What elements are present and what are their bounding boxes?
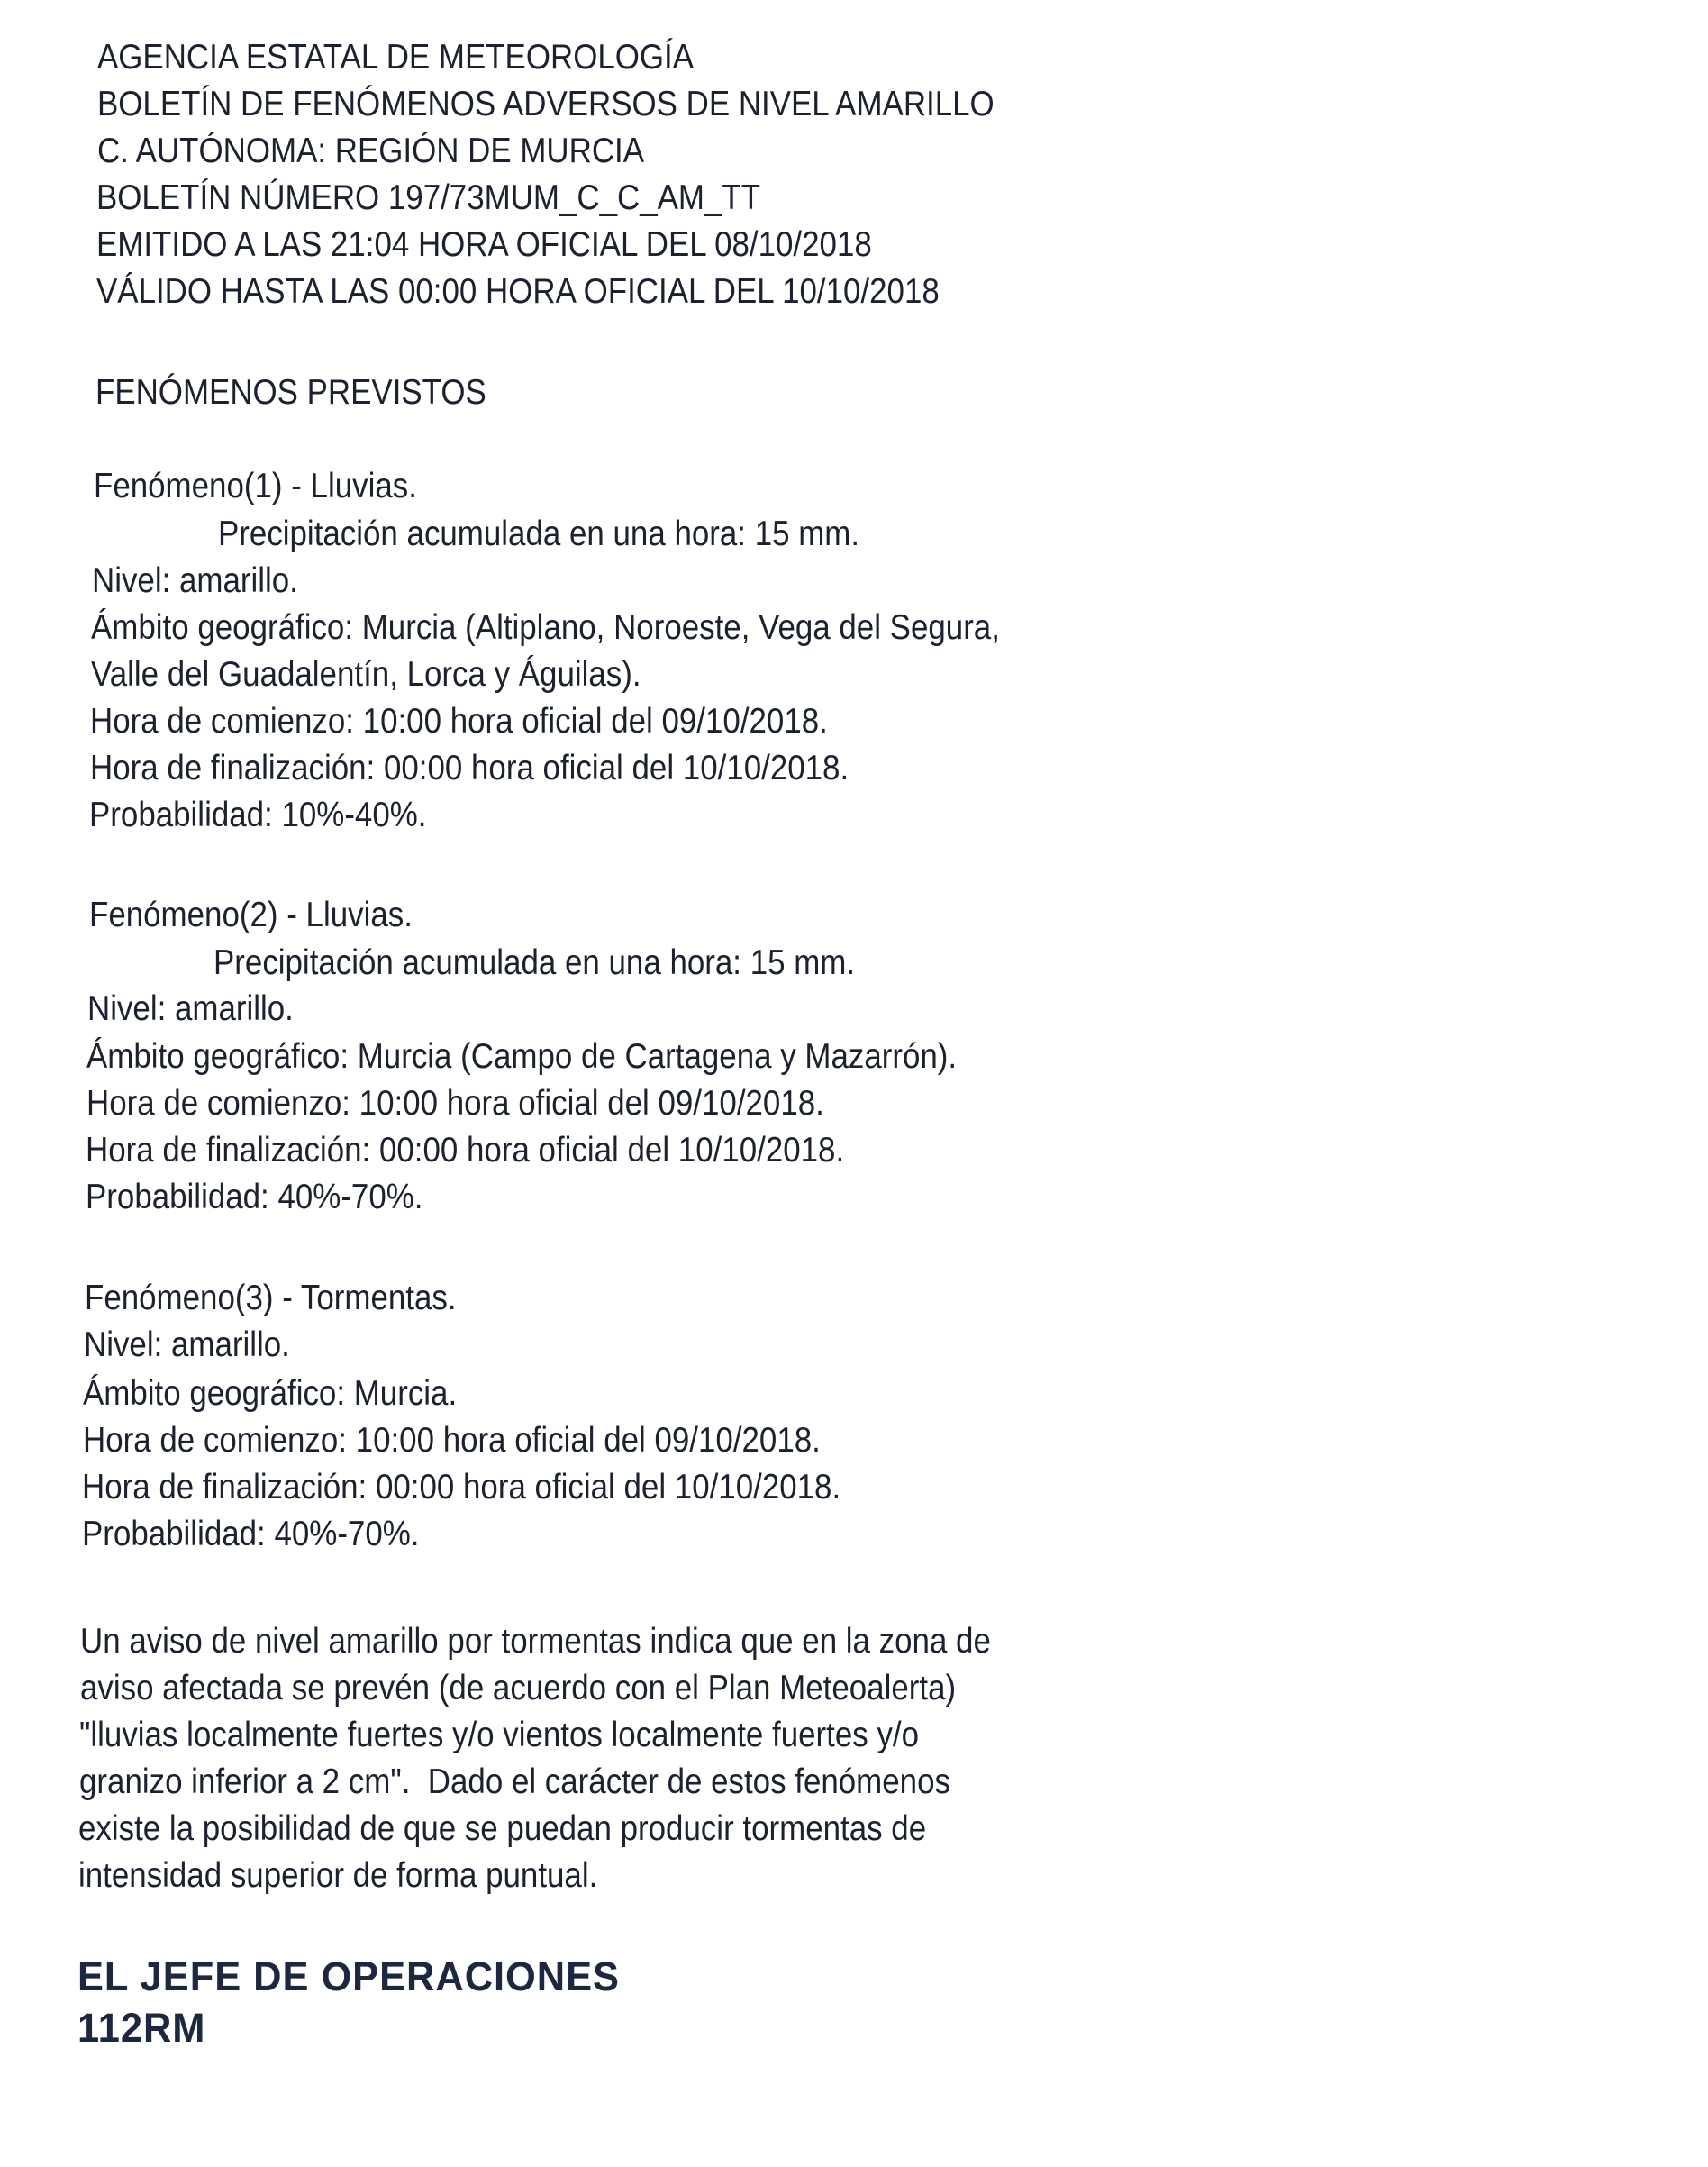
phenomenon-title: Fenómeno(2) - Lluvias. [89,897,413,933]
signature-unit: 112RM [77,2008,205,2048]
bulletin-page: AGENCIA ESTATAL DE METEOROLOGÍA BOLETÍN … [0,0,1708,2167]
note-line: existe la posibilidad de que se puedan p… [78,1811,926,1846]
phenomenon-level: Nivel: amarillo. [92,563,298,598]
phenomenon-start: Hora de comienzo: 10:00 hora oficial del… [86,1086,824,1121]
note-line: "lluvias localmente fuertes y/o vientos … [79,1717,919,1753]
phenomenon-start: Hora de comienzo: 10:00 hora oficial del… [83,1423,821,1458]
bulletin-number: BOLETÍN NÚMERO 197/73MUM_C_C_AM_TT [96,180,760,215]
note-line: granizo inferior a 2 cm". Dado el caráct… [79,1764,950,1799]
phenomenon-detail: Precipitación acumulada en una hora: 15 … [213,945,855,980]
phenomenon-scope: Ámbito geográfico: Murcia (Altiplano, No… [91,610,1000,645]
phenomenon-end: Hora de finalización: 00:00 hora oficial… [86,1133,844,1168]
phenomenon-probability: Probabilidad: 40%-70%. [86,1179,423,1215]
phenomenon-detail: Precipitación acumulada en una hora: 15 … [218,516,859,551]
phenomenon-end: Hora de finalización: 00:00 hora oficial… [90,751,849,786]
phenomenon-probability: Probabilidad: 10%-40%. [89,797,427,833]
note-line: intensidad superior de forma puntual. [78,1858,597,1893]
bulletin-title: BOLETÍN DE FENÓMENOS ADVERSOS DE NIVEL A… [97,86,995,122]
phenomenon-level: Nivel: amarillo. [87,991,294,1026]
phenomenon-scope-cont: Valle del Guadalentín, Lorca y Águilas). [91,657,641,692]
phenomenon-end: Hora de finalización: 00:00 hora oficial… [82,1470,840,1505]
signature-role: EL JEFE DE OPERACIONES [77,1956,620,1997]
phenomenon-probability: Probabilidad: 40%-70%. [82,1516,420,1552]
note-line: Un aviso de nivel amarillo por tormentas… [80,1624,991,1659]
section-title: FENÓMENOS PREVISTOS [95,375,486,410]
note-line: aviso afectada se prevén (de acuerdo con… [80,1671,956,1706]
valid-until: VÁLIDO HASTA LAS 00:00 HORA OFICIAL DEL … [96,274,940,309]
issued-time: EMITIDO A LAS 21:04 HORA OFICIAL DEL 08/… [96,227,872,262]
phenomenon-title: Fenómeno(1) - Lluvias. [94,469,417,504]
phenomenon-scope: Ámbito geográfico: Murcia (Campo de Cart… [86,1039,957,1074]
phenomenon-title: Fenómeno(3) - Tormentas. [85,1280,457,1316]
region-label: C. AUTÓNOMA: REGIÓN DE MURCIA [97,133,644,168]
phenomenon-start: Hora de comienzo: 10:00 hora oficial del… [90,704,828,739]
phenomenon-scope: Ámbito geográfico: Murcia. [83,1376,457,1411]
agency-name: AGENCIA ESTATAL DE METEOROLOGÍA [97,40,694,75]
phenomenon-level: Nivel: amarillo. [84,1327,290,1362]
